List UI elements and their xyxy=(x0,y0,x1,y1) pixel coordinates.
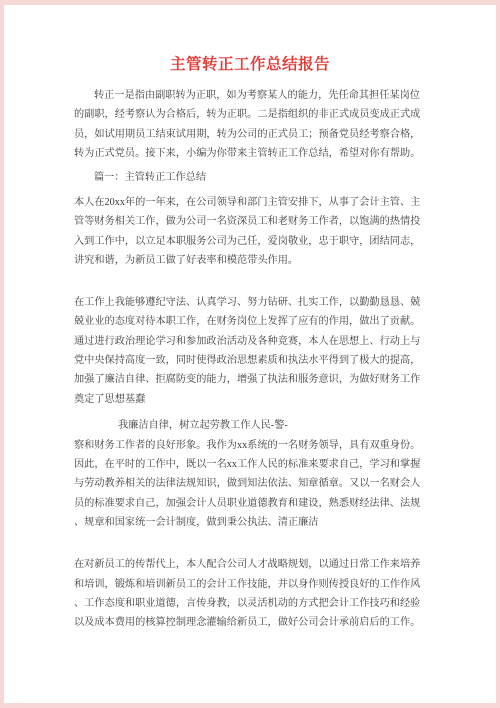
work-performance-paragraph: 在工作上我能够遵纪守法、认真学习、努力钻研、扎实工作，以勤勤恳恳、兢 兢业业的态… xyxy=(74,293,426,409)
section-heading: 篇一：主管转正工作总结 xyxy=(74,168,426,187)
document-page-background: { "accent_color": "#e23a36", "page_backg… xyxy=(0,0,500,708)
overview-paragraph: 本人在20xx年的一年来，在公司领导和部门主管安排下，从事了会计主管、主 管等财… xyxy=(74,193,426,270)
document-content: 主管转正工作总结报告 转正一是指由副职转为正职，如为考察某人的能力，先任命其担任… xyxy=(74,53,426,632)
mentoring-paragraph: 在对新员工的传帮代上，本人配合公司人才战略规划，以通过日常工作来培养 和培训，锻… xyxy=(74,555,426,632)
integrity-paragraph: 我廉洁自律，树立起劳教工作人民-警- 察和财务工作者的良好形象。我作为xx系统的… xyxy=(74,416,426,532)
document-page: 主管转正工作总结报告 转正一是指由副职转为正职，如为考察某人的能力，先任命其担任… xyxy=(4,5,496,703)
document-title: 主管转正工作总结报告 xyxy=(74,53,426,75)
intro-paragraph: 转正一是指由副职转为正职，如为考察某人的能力，先任命其担任某岗位 的副职，经考察… xyxy=(74,86,426,163)
